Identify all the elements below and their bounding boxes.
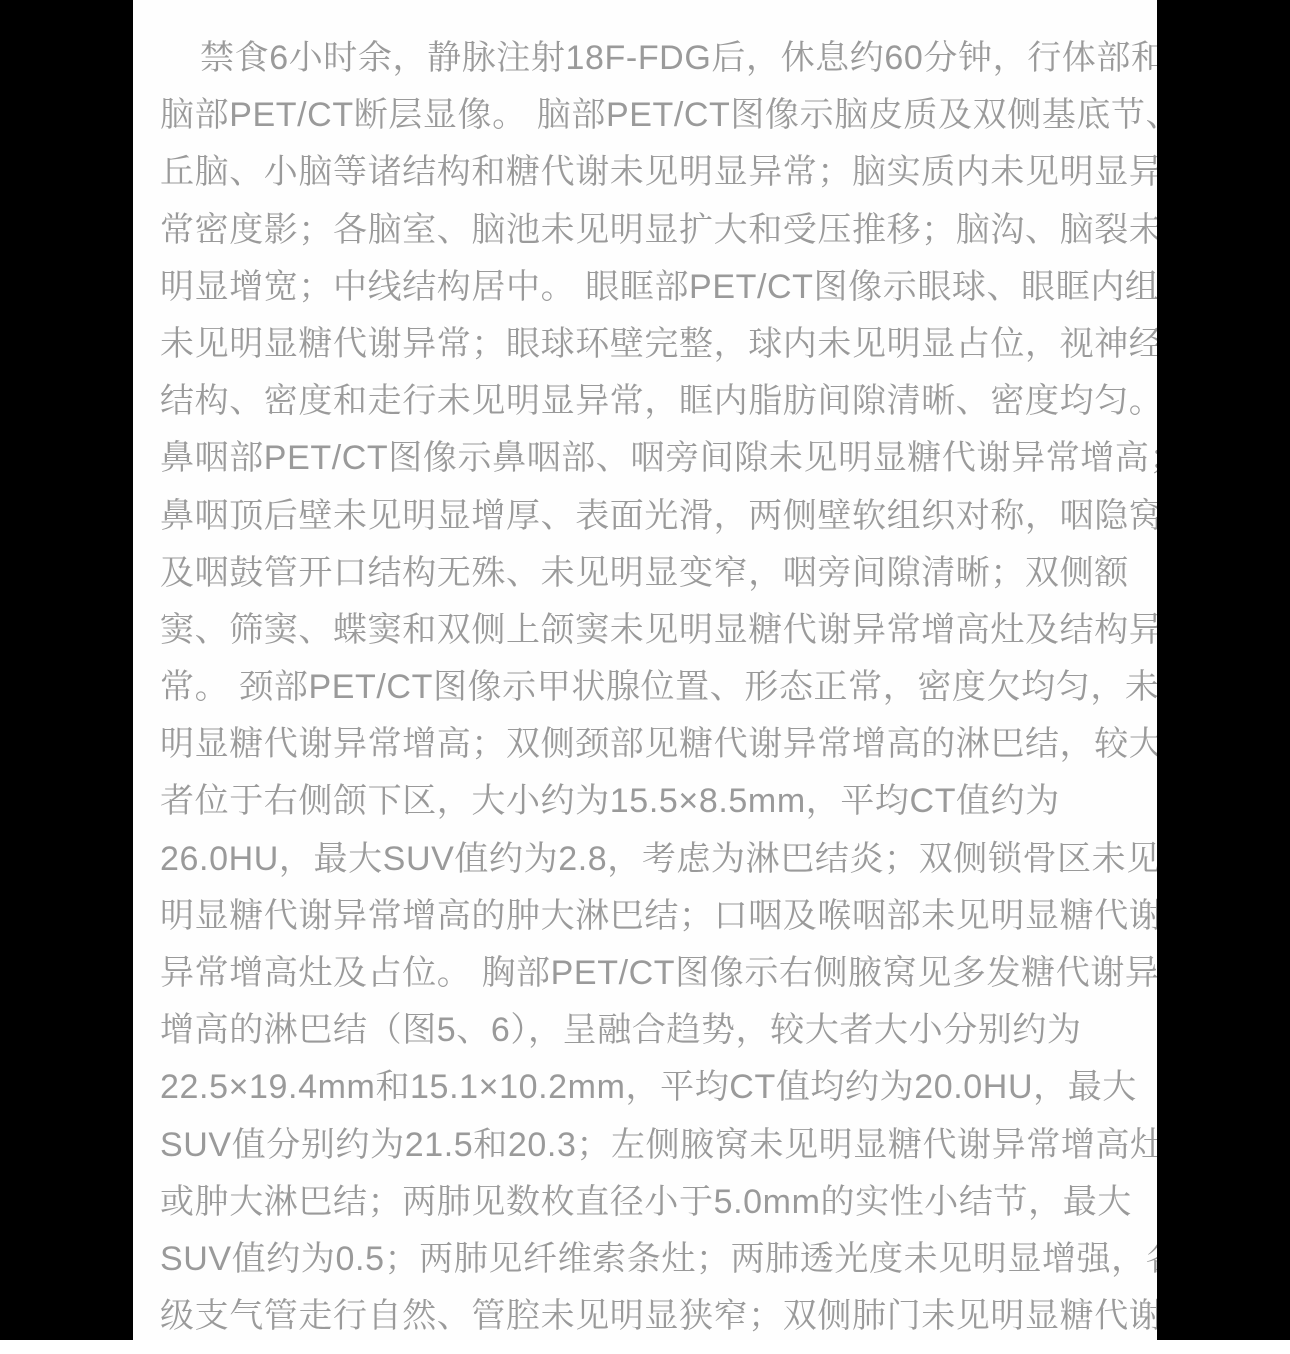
report-text-line: 22.5×19.4mm和15.1×10.2mm，平均CT值均约为20.0HU，最… [160, 1059, 1130, 1116]
report-text-line: 明显增宽；中线结构居中。 眼眶部PET/CT图像示眼球、眼眶内组织 [160, 259, 1130, 316]
report-text-line: 增高的淋巴结（图5、6），呈融合趋势，较大者大小分别约为 [160, 1002, 1130, 1059]
bottom-strip [0, 1340, 1290, 1354]
report-text-line: SUV值分别约为21.5和20.3；左侧腋窝未见明显糖代谢异常增高灶 [160, 1117, 1130, 1174]
report-page: 禁食6小时余，静脉注射18F-FDG后，休息约60分钟，行体部和脑部PET/CT… [133, 0, 1157, 1340]
report-text-line: 或肿大淋巴结；两肺见数枚直径小于5.0mm的实性小结节，最大 [160, 1174, 1130, 1231]
report-text-line: 明显糖代谢异常增高；双侧颈部见糖代谢异常增高的淋巴结，较大 [160, 716, 1130, 773]
report-text-line: 异常增高灶及占位。 胸部PET/CT图像示右侧腋窝见多发糖代谢异常 [160, 945, 1130, 1002]
report-text-line: 禁食6小时余，静脉注射18F-FDG后，休息约60分钟，行体部和 [160, 30, 1130, 87]
report-text-line: 脑部PET/CT断层显像。 脑部PET/CT图像示脑皮质及双侧基底节、 [160, 87, 1130, 144]
report-text-line: 明显糖代谢异常增高的肿大淋巴结；口咽及喉咽部未见明显糖代谢 [160, 888, 1130, 945]
report-text-line: 结构、密度和走行未见明显异常，眶内脂肪间隙清晰、密度均匀。 [160, 373, 1130, 430]
report-text-line: 者位于右侧颌下区，大小约为15.5×8.5mm，平均CT值约为 [160, 773, 1130, 830]
report-text-line: 26.0HU，最大SUV值约为2.8，考虑为淋巴结炎；双侧锁骨区未见 [160, 831, 1130, 888]
report-text-line: 级支气管走行自然、管腔未见明显狭窄；双侧肺门未见明显糖代谢 [160, 1288, 1130, 1340]
report-text-line: 常。 颈部PET/CT图像示甲状腺位置、形态正常，密度欠均匀，未见 [160, 659, 1130, 716]
report-text-line: 未见明显糖代谢异常；眼球环壁完整，球内未见明显占位，视神经 [160, 316, 1130, 373]
viewer-background: 禁食6小时余，静脉注射18F-FDG后，休息约60分钟，行体部和脑部PET/CT… [0, 0, 1290, 1340]
report-text-line: 鼻咽部PET/CT图像示鼻咽部、咽旁间隙未见明显糖代谢异常增高； [160, 430, 1130, 487]
report-text-line: 丘脑、小脑等诸结构和糖代谢未见明显异常；脑实质内未见明显异 [160, 144, 1130, 201]
report-text-block: 禁食6小时余，静脉注射18F-FDG后，休息约60分钟，行体部和脑部PET/CT… [133, 0, 1157, 1340]
report-text-line: 窦、筛窦、蝶窦和双侧上颌窦未见明显糖代谢异常增高灶及结构异 [160, 602, 1130, 659]
report-text-line: 常密度影；各脑室、脑池未见明显扩大和受压推移；脑沟、脑裂未见 [160, 202, 1130, 259]
report-text-line: 及咽鼓管开口结构无殊、未见明显变窄，咽旁间隙清晰；双侧额 [160, 545, 1130, 602]
report-text-line: 鼻咽顶后壁未见明显增厚、表面光滑，两侧壁软组织对称，咽隐窝 [160, 488, 1130, 545]
report-text-line: SUV值约为0.5；两肺见纤维索条灶；两肺透光度未见明显增强，各 [160, 1231, 1130, 1288]
